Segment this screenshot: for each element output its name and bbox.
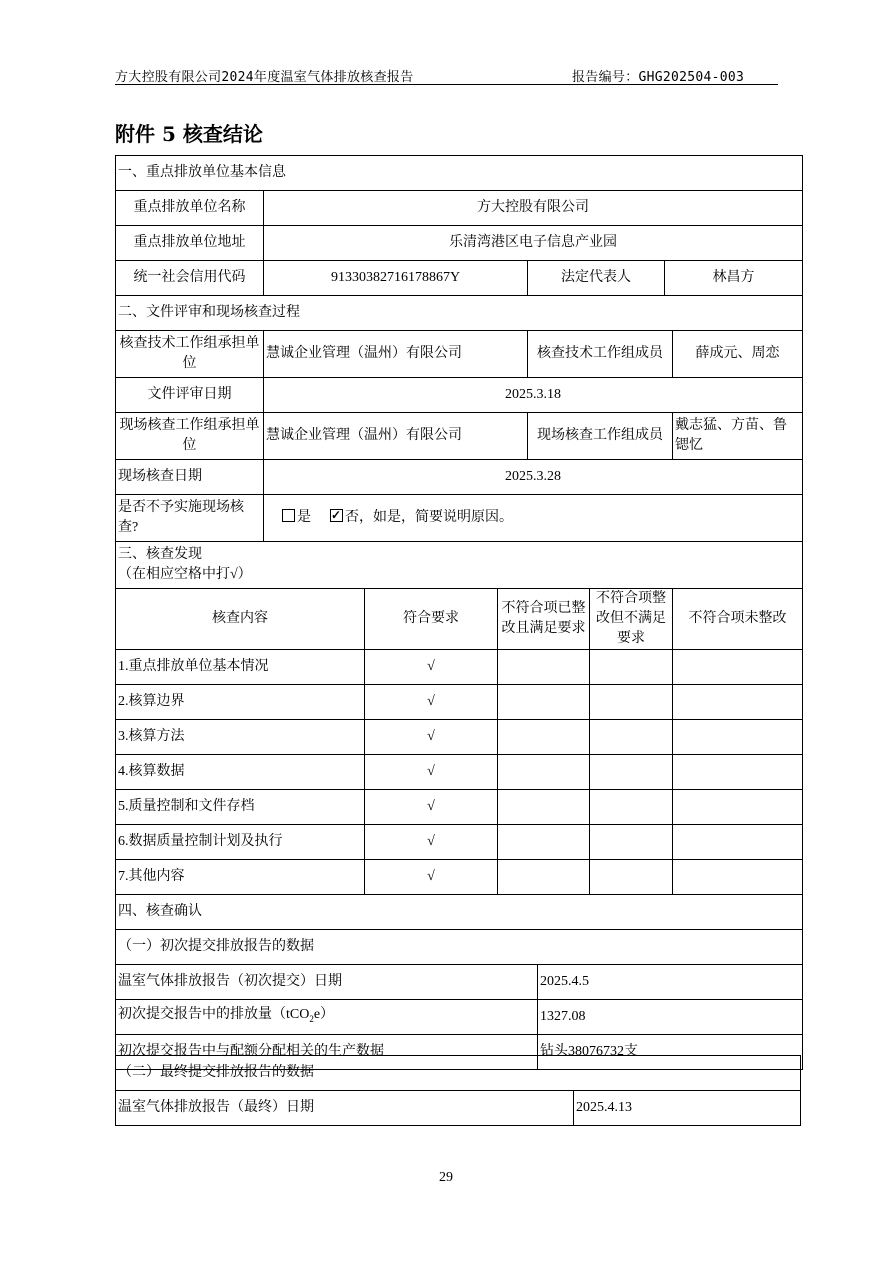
final-date-label: 温室气体排放报告（最终）日期 xyxy=(116,1091,574,1126)
compliant-mark: √ xyxy=(365,650,498,685)
cell xyxy=(498,720,590,755)
site-unit-label: 现场核查工作组承担单位 xyxy=(116,413,264,460)
no-site-check-options: 是 否，如是，简要说明原因。 xyxy=(264,495,803,542)
cell xyxy=(590,720,673,755)
finding-item: 2.核算边界 xyxy=(116,685,365,720)
col-header-not-rectified: 不符合项未整改 xyxy=(673,589,803,650)
tech-unit-label: 核查技术工作组承担单位 xyxy=(116,331,264,378)
verification-conclusion-table: 一、重点排放单位基本信息 重点排放单位名称 方大控股有限公司 重点排放单位地址 … xyxy=(115,155,803,1070)
finding-item: 5.质量控制和文件存档 xyxy=(116,790,365,825)
compliant-mark: √ xyxy=(365,790,498,825)
unit-name-label: 重点排放单位名称 xyxy=(116,191,264,226)
finding-item: 1.重点排放单位基本情况 xyxy=(116,650,365,685)
col-header-rectified-unsatisfied: 不符合项整改但不满足要求 xyxy=(590,589,673,650)
unit-address-value: 乐清湾港区电子信息产业园 xyxy=(264,226,803,261)
cell xyxy=(498,825,590,860)
cell xyxy=(590,860,673,895)
cell xyxy=(498,685,590,720)
cell xyxy=(673,685,803,720)
compliant-mark: √ xyxy=(365,685,498,720)
cell xyxy=(498,755,590,790)
col-header-compliant: 符合要求 xyxy=(365,589,498,650)
section4-heading: 四、核查确认 xyxy=(116,895,803,930)
cell xyxy=(673,755,803,790)
header-report-title: 方大控股有限公司2024年度温室气体排放核查报告 xyxy=(115,66,414,85)
initial-submission-heading: （一）初次提交排放报告的数据 xyxy=(116,930,803,965)
initial-date-value: 2025.4.5 xyxy=(538,965,803,1000)
site-date-value: 2025.3.28 xyxy=(264,460,803,495)
cell xyxy=(673,825,803,860)
compliant-mark: √ xyxy=(365,825,498,860)
col-header-content: 核查内容 xyxy=(116,589,365,650)
emission-label-text: 初次提交报告中的排放量（tCO xyxy=(118,1007,309,1022)
table-row: 4.核算数据 √ xyxy=(116,755,803,790)
cell xyxy=(590,685,673,720)
no-site-check-label: 是否不予实施现场核查? xyxy=(116,495,264,542)
cell xyxy=(498,790,590,825)
credit-code-value: 91330382716178867Y xyxy=(264,261,528,296)
initial-emission-label: 初次提交报告中的排放量（tCO2e） xyxy=(116,1000,538,1035)
cell xyxy=(590,755,673,790)
header-report-number: 报告编号：GHG202504-003 xyxy=(572,66,744,85)
table-row: 7.其他内容 √ xyxy=(116,860,803,895)
compliant-mark: √ xyxy=(365,860,498,895)
final-date-value: 2025.4.13 xyxy=(574,1091,801,1126)
initial-emission-value: 1327.08 xyxy=(538,1000,803,1035)
emission-label-suffix: e） xyxy=(314,1007,334,1022)
tech-unit-value: 慧诚企业管理（温州）有限公司 xyxy=(264,331,528,378)
finding-item: 7.其他内容 xyxy=(116,860,365,895)
site-members-label: 现场核查工作组成员 xyxy=(528,413,673,460)
finding-item: 4.核算数据 xyxy=(116,755,365,790)
site-date-label: 现场核查日期 xyxy=(116,460,264,495)
table-row: 5.质量控制和文件存档 √ xyxy=(116,790,803,825)
final-submission-heading: （二）最终提交排放报告的数据 xyxy=(116,1056,801,1091)
cell xyxy=(673,860,803,895)
col-header-rectified-satisfied: 不符合项已整改且满足要求 xyxy=(498,589,590,650)
section3-heading: 三、核查发现 xyxy=(118,545,800,565)
finding-item: 3.核算方法 xyxy=(116,720,365,755)
site-unit-value: 慧诚企业管理（温州）有限公司 xyxy=(264,413,528,460)
unit-address-label: 重点排放单位地址 xyxy=(116,226,264,261)
section3-subheading: （在相应空格中打√） xyxy=(118,565,800,585)
doc-review-date-value: 2025.3.18 xyxy=(264,378,803,413)
section2-heading: 二、文件评审和现场核查过程 xyxy=(116,296,803,331)
initial-date-label: 温室气体排放报告（初次提交）日期 xyxy=(116,965,538,1000)
cell xyxy=(590,825,673,860)
table-row: 2.核算边界 √ xyxy=(116,685,803,720)
cell xyxy=(590,650,673,685)
tech-members-value: 薛成元、周恋 xyxy=(673,331,803,378)
tech-members-label: 核查技术工作组成员 xyxy=(528,331,673,378)
cell xyxy=(590,790,673,825)
cell xyxy=(673,720,803,755)
cell xyxy=(673,790,803,825)
cell xyxy=(498,650,590,685)
site-members-value: 戴志猛、方苗、鲁锶忆 xyxy=(673,413,803,460)
compliant-mark: √ xyxy=(365,755,498,790)
option-no-label: 否，如是，简要说明原因。 xyxy=(345,510,513,525)
unit-name-value: 方大控股有限公司 xyxy=(264,191,803,226)
option-yes-label: 是 xyxy=(297,510,311,525)
table-row: 3.核算方法 √ xyxy=(116,720,803,755)
table-row: 6.数据质量控制计划及执行 √ xyxy=(116,825,803,860)
compliant-mark: √ xyxy=(365,720,498,755)
legal-rep-value: 林昌方 xyxy=(665,261,803,296)
credit-code-label: 统一社会信用代码 xyxy=(116,261,264,296)
page-number: 29 xyxy=(0,1170,892,1186)
checkbox-yes[interactable] xyxy=(282,509,295,522)
table-row: 1.重点排放单位基本情况 √ xyxy=(116,650,803,685)
final-submission-table: （二）最终提交排放报告的数据 温室气体排放报告（最终）日期 2025.4.13 xyxy=(115,1055,801,1126)
page-title: 附件 5 核查结论 xyxy=(115,118,263,147)
section3-heading-cell: 三、核查发现 （在相应空格中打√） xyxy=(116,542,803,589)
page-header: 方大控股有限公司2024年度温室气体排放核查报告 报告编号：GHG202504-… xyxy=(115,64,778,85)
legal-rep-label: 法定代表人 xyxy=(528,261,665,296)
section1-heading: 一、重点排放单位基本信息 xyxy=(116,156,803,191)
checkbox-no[interactable] xyxy=(330,509,343,522)
cell xyxy=(673,650,803,685)
cell xyxy=(498,860,590,895)
finding-item: 6.数据质量控制计划及执行 xyxy=(116,825,365,860)
doc-review-date-label: 文件评审日期 xyxy=(116,378,264,413)
